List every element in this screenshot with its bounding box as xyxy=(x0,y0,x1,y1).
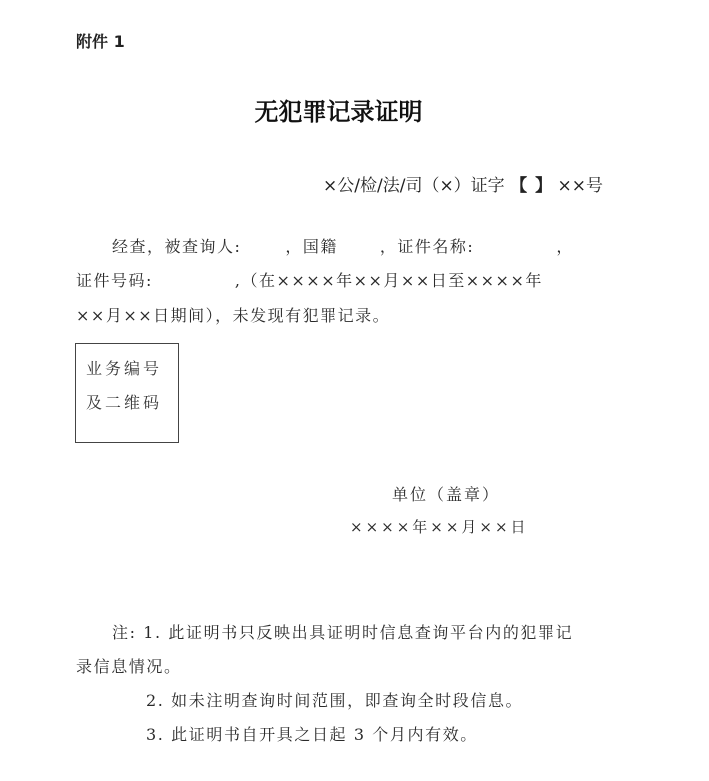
line1-end-comma: ， xyxy=(556,237,574,256)
certificate-number: ×公/检/法/司（×）证字 【】 ××号 xyxy=(323,171,603,196)
certificate-number-suffix: ××号 xyxy=(558,176,604,196)
id-type-label: ，证件名称: xyxy=(380,237,474,256)
note-item-3: 3. 此证明书自开具之日起 3 个月内有效。 xyxy=(146,722,478,745)
nationality-label: ，国籍 xyxy=(285,237,338,256)
id-number-label: 证件号码: xyxy=(76,271,153,290)
business-number-qr-box: 业务编号 及二维码 xyxy=(75,343,179,443)
certificate-number-prefix: ×公/检/法/司（×）证字 xyxy=(323,176,505,196)
certificate-bracket-open: 【 xyxy=(510,176,527,196)
queried-person-label: 经查，被查询人: xyxy=(112,237,241,256)
document-title: 无犯罪记录证明 xyxy=(0,92,677,127)
note-item-1-continued: 录信息情况。 xyxy=(76,654,182,677)
period-start-text: ,（在××××年××月××日至××××年 xyxy=(235,271,543,290)
qr-box-line-2: 及二维码 xyxy=(86,390,162,413)
attachment-label: 附件 1 xyxy=(76,29,125,52)
note-item-2: 2. 如未注明查询时间范围，即查询全时段信息。 xyxy=(146,688,523,711)
body-line-2: 证件号码:,（在××××年××月××日至××××年 xyxy=(76,268,543,291)
issue-date: ××××年××月××日 xyxy=(350,516,529,537)
body-line-3: ××月××日期间），未发现有犯罪记录。 xyxy=(76,303,390,326)
issuing-unit-seal: 单位（盖章） xyxy=(392,482,500,505)
body-line-1: 经查，被查询人:，国籍，证件名称:， xyxy=(112,234,574,257)
note-item-1: 注: 1. 此证明书只反映出具证明时信息查询平台内的犯罪记 xyxy=(112,620,573,643)
note-label: 注: xyxy=(112,623,137,642)
certificate-bracket-close: 】 xyxy=(535,176,552,196)
note-item-1-text: 1. 此证明书只反映出具证明时信息查询平台内的犯罪记 xyxy=(143,623,573,642)
qr-box-line-1: 业务编号 xyxy=(86,356,162,379)
